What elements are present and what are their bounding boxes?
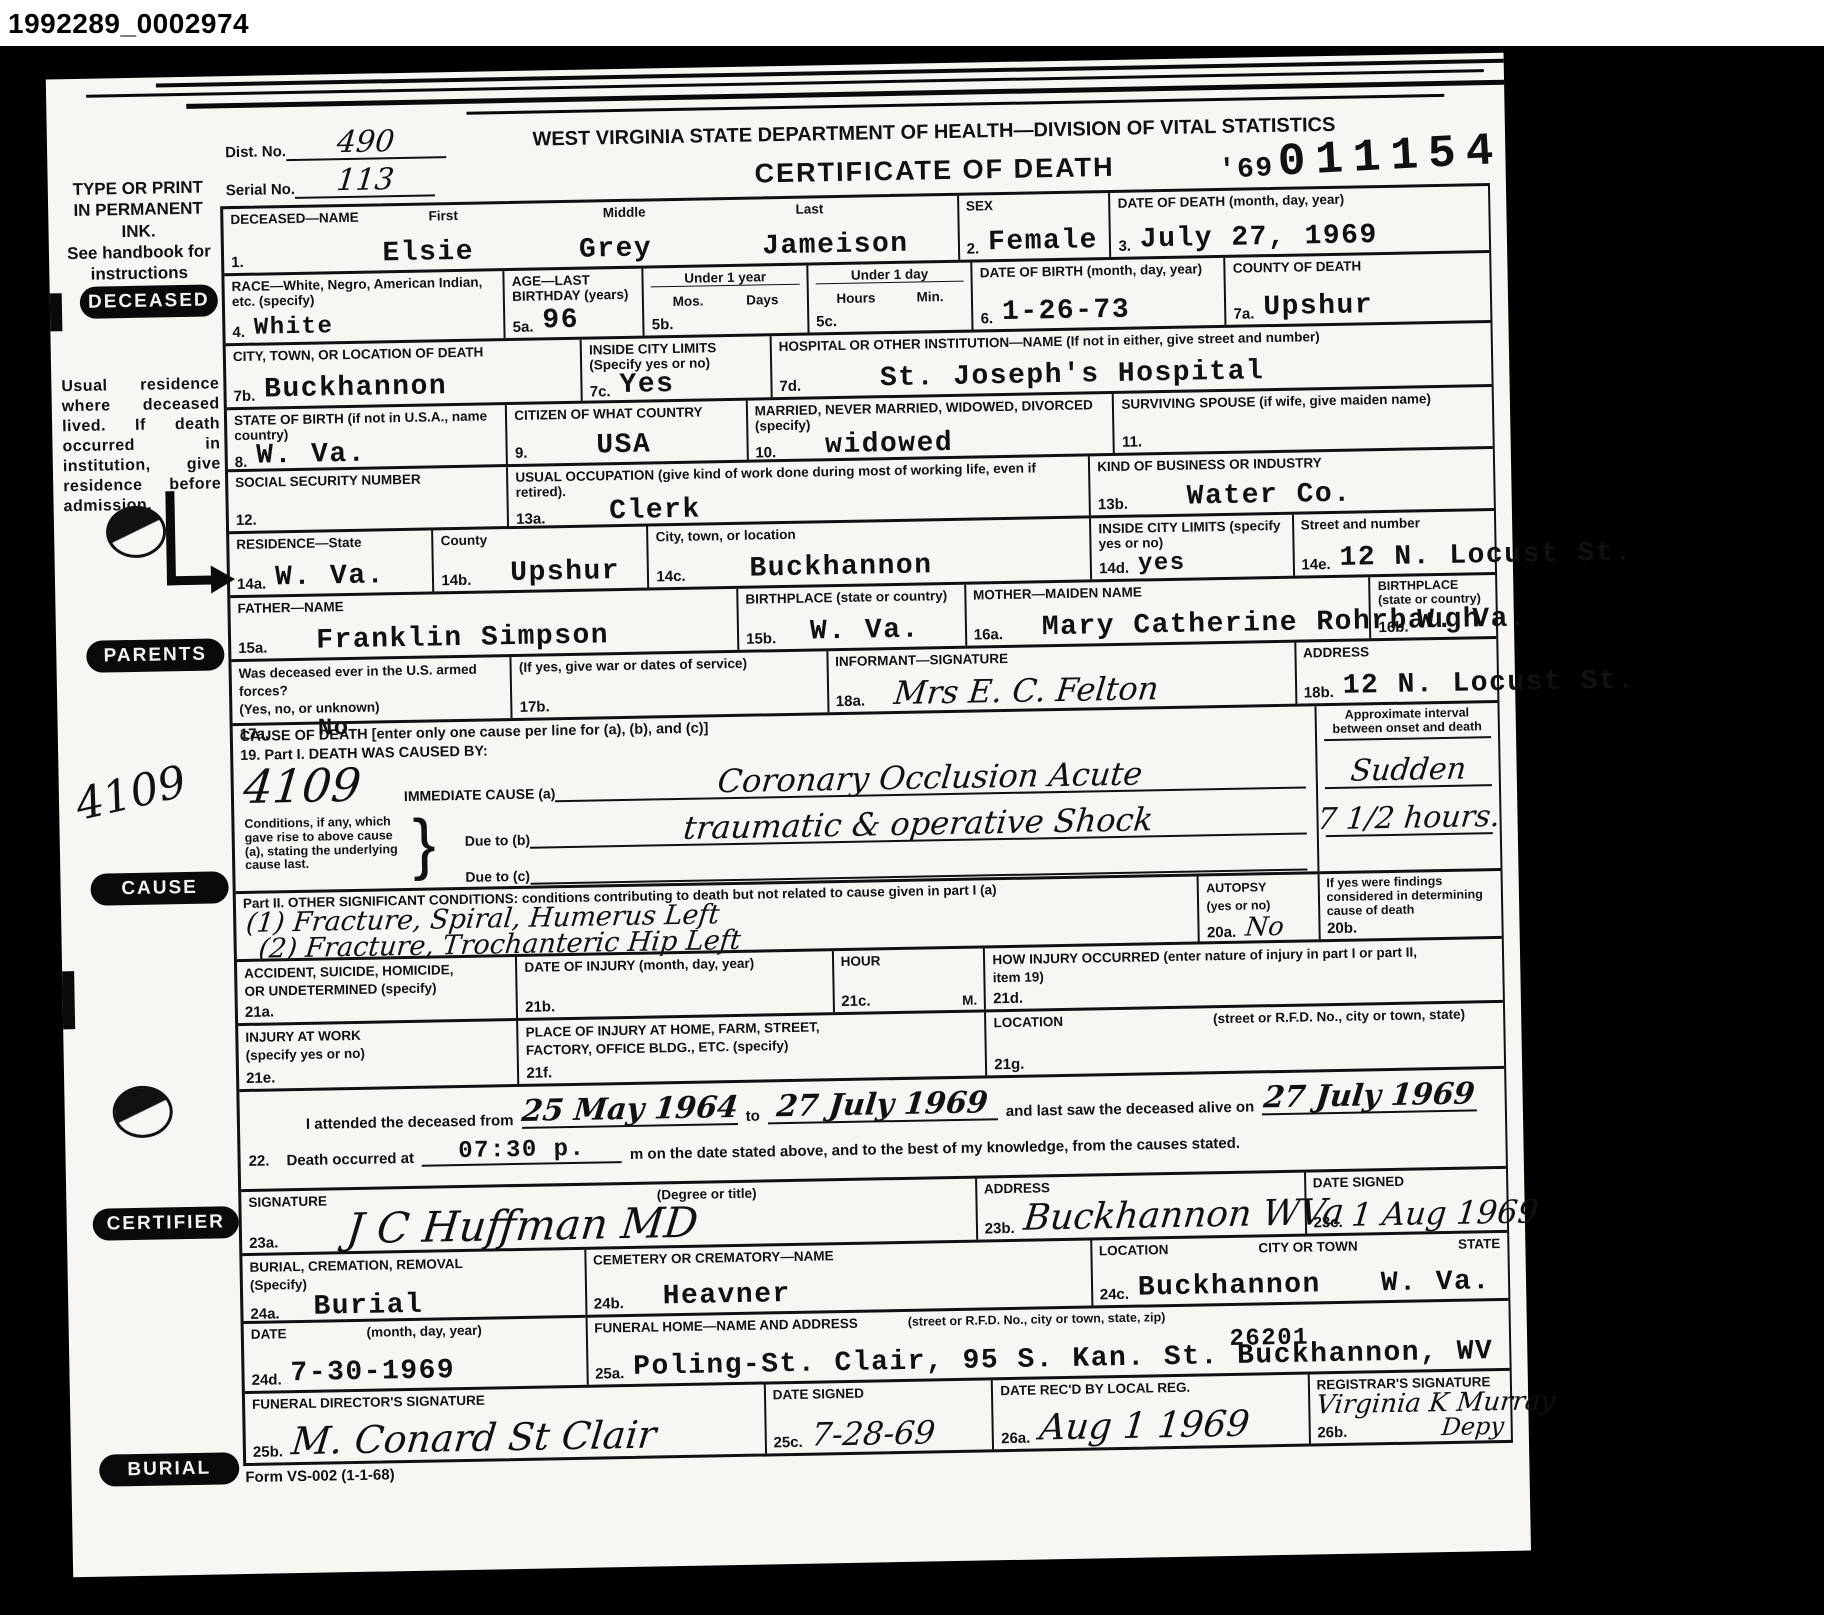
cemetery-state-value: W. Va. <box>1381 1268 1491 1298</box>
field-label: RACE—White, Negro, American Indian, etc.… <box>231 274 496 309</box>
field-armed-forces: Was deceased ever in the U.S. armed forc… <box>231 657 510 723</box>
field-marital-status: MARRIED, NEVER MARRIED, WIDOWED, DIVORCE… <box>745 394 1113 460</box>
field-citizen: CITIZEN OF WHAT COUNTRY 9.USA <box>505 401 746 464</box>
middle-name-value: Grey <box>579 235 653 264</box>
funeral-home-zip: 26201 <box>1229 1327 1309 1352</box>
field-label: City, town, or location <box>656 522 1083 545</box>
middle-header: Middle <box>603 205 646 221</box>
certifier-signature-value: J C Huffman MD <box>345 1202 700 1251</box>
section-pill-deceased: DECEASED <box>80 284 219 319</box>
field-number: 14e. <box>1301 556 1331 574</box>
field-number: 21a. <box>245 1003 275 1021</box>
field-father-name: FATHER—NAME 15a.Franklin Simpson <box>230 589 737 659</box>
certifier-address-value: Buckhannon WVa <box>1022 1195 1346 1237</box>
marital-value: widowed <box>825 430 954 460</box>
attended-to-value: 27 July 1969 <box>776 1088 990 1122</box>
field-label: AGE—LAST BIRTHDAY (years) <box>512 272 636 304</box>
field-race: RACE—White, Negro, American Indian, etc.… <box>224 271 503 343</box>
father-birthplace-value: W. Va. <box>810 617 920 647</box>
field-date-of-birth: DATE OF BIRTH (month, day, year) 6.1-26-… <box>971 258 1225 330</box>
form-grid: DECEASED—NAME First Middle Last 1. Elsie… <box>220 183 1513 1466</box>
field-occupation: USUAL OCCUPATION (give kind of work done… <box>506 456 1089 526</box>
field-number: 14d. <box>1099 560 1129 578</box>
age-value: 96 <box>542 307 579 336</box>
field-number: 26b. <box>1317 1424 1347 1442</box>
field-number: 24b. <box>594 1295 624 1313</box>
field-ssn: SOCIAL SECURITY NUMBER 12. <box>228 467 507 531</box>
minutes-header: Min. <box>916 289 943 305</box>
date-signed-value: 1 Aug 1969 <box>1350 1195 1540 1230</box>
field-number: 18a. <box>836 693 866 711</box>
state-label: STATE <box>1458 1236 1501 1252</box>
serial-no-label: Serial No. <box>226 182 295 200</box>
field-label: ADDRESS <box>1303 642 1490 661</box>
field-number: 5b. <box>652 316 674 333</box>
field-under-1-year: Under 1 year Mos.Days 5b. <box>642 266 808 336</box>
field-label: FUNERAL DIRECTOR'S SIGNATURE <box>252 1388 757 1412</box>
field-label: HOUR <box>840 952 976 970</box>
death-time-value: 07:30 p. <box>458 1138 586 1164</box>
field-label: COUNTY OF DEATH <box>1233 256 1483 276</box>
field-sublabel: (specify yes or no) <box>246 1046 366 1063</box>
field-label: CITIZEN OF WHAT COUNTRY <box>514 404 739 423</box>
field-label: MOTHER—MAIDEN NAME <box>973 580 1362 602</box>
first-name-value: Elsie <box>382 239 474 269</box>
immediate-cause-value: Coronary Occlusion Acute <box>716 757 1144 797</box>
city-of-death-value: Buckhannon <box>264 373 448 404</box>
field-number: 17b. <box>519 698 549 716</box>
scanned-death-certificate: 1992289_0002974 TYPE OR PRINT IN PERMANE… <box>0 0 1824 1615</box>
field-label: Under 1 year <box>651 269 800 288</box>
field-registrar-signature: REGISTRAR'S SIGNATURE Virginia K Murray … <box>1307 1371 1511 1444</box>
field-number: 23a. <box>249 1235 279 1253</box>
date-received-value: Aug 1 1969 <box>1037 1407 1250 1447</box>
date-of-death-value: July 27, 1969 <box>1140 222 1378 254</box>
hospital-value: St. Joseph's Hospital <box>880 358 1265 393</box>
field-label: DATE OF BIRTH (month, day, year) <box>980 261 1217 280</box>
informant-address-value: 12 N. Locust St. <box>1342 667 1635 700</box>
field-label: INSIDE CITY LIMITS (Specify yes or no) <box>589 339 763 372</box>
field-number: 24a. <box>250 1305 280 1323</box>
director-signature-value: M. Conard St Clair <box>290 1415 658 1460</box>
due-to-b-label: Due to (b) <box>465 833 531 850</box>
field-place-of-injury: PLACE OF INJURY AT HOME, FARM, STREET, F… <box>516 1012 985 1084</box>
field-onset-interval: Approximate interval between onset and d… <box>1314 703 1500 871</box>
cemetery-value: Heavner <box>662 1281 791 1311</box>
field-number: 4. <box>232 324 245 341</box>
field-number: 25c. <box>773 1434 803 1452</box>
field-autopsy: AUTOPSY (yes or no) 20a.No <box>1197 874 1318 941</box>
field-industry: KIND OF BUSINESS OR INDUSTRY 13b.Water C… <box>1088 449 1494 515</box>
field-residence-county: County 14b.Upshur <box>431 527 647 592</box>
punch-hole-icon <box>106 505 167 558</box>
field-deceased-name: DECEASED—NAME First Middle Last 1. Elsie… <box>223 196 958 273</box>
section-pill-cause: CAUSE <box>90 871 229 906</box>
ink-instructions: TYPE OR PRINT IN PERMANENT INK. See hand… <box>62 176 216 285</box>
field-number: 13a. <box>516 511 546 529</box>
field-sublabel: OR UNDETERMINED (specify) <box>244 980 436 999</box>
burial-date-value: 7-30-1969 <box>290 1357 455 1388</box>
field-label: STATE OF BIRTH (if not in U.S.A., name c… <box>234 408 499 443</box>
field-label: LOCATION <box>1099 1242 1169 1258</box>
field-label: RESIDENCE—State <box>236 534 425 553</box>
field-number: 21f. <box>526 1064 552 1081</box>
field-number: 24c. <box>1100 1286 1130 1304</box>
sex-value: Female <box>988 227 1098 257</box>
arrow-icon <box>167 575 213 585</box>
field-number: 21e. <box>246 1069 276 1087</box>
field-label: PLACE OF INJURY AT HOME, FARM, STREET, <box>525 1019 819 1039</box>
field-label: SIGNATURE <box>248 1194 327 1211</box>
field-sex: SEX 2.Female <box>957 193 1110 260</box>
field-burial-date: DATE (month, day, year) 24d.7-30-1969 <box>244 1318 587 1391</box>
field-label: DATE SIGNED <box>1313 1172 1500 1191</box>
field-cemetery-location: LOCATION CITY OR TOWN STATE 24c.Buckhann… <box>1090 1233 1509 1306</box>
field-number: 23b. <box>985 1220 1015 1238</box>
brace-glyph: } <box>412 804 436 882</box>
registrar-signature-value: Virginia K Murray <box>1315 1388 1557 1418</box>
scan-mark <box>50 293 63 331</box>
field-how-injury: HOW INJURY OCCURRED (enter nature of inj… <box>983 939 1503 1009</box>
field-certifier-address: ADDRESS 23b.Buckhannon WVa <box>975 1173 1305 1240</box>
field-number: 21g. <box>994 1056 1024 1074</box>
field-number: 14b. <box>441 572 471 590</box>
residence-state-value: W. Va. <box>275 562 385 592</box>
burial-type-value: Burial <box>313 1292 423 1322</box>
field-number: 25b. <box>253 1443 283 1461</box>
field-label: AUTOPSY <box>1206 880 1266 895</box>
stamp-digits: 011154 <box>1277 125 1505 189</box>
cemetery-city-value: Buckhannon <box>1138 1271 1322 1302</box>
street-number-value: 12 N. Locust St. <box>1339 539 1632 572</box>
field-date-of-death: DATE OF DEATH (month, day, year) 3.July … <box>1109 186 1490 257</box>
section-pill-burial: BURIAL <box>99 1452 240 1487</box>
residence-note: Usual residence where deceased lived. If… <box>61 374 222 517</box>
field-label: (If yes, give war or dates of service) <box>519 654 819 675</box>
field-number: 8. <box>235 454 248 471</box>
residence-limits-value: yes <box>1138 552 1186 577</box>
field-number: 25a. <box>595 1365 625 1383</box>
scan-mark <box>62 971 75 1029</box>
section-pill-parents: PARENTS <box>86 638 225 673</box>
field-number: 7b. <box>233 388 255 405</box>
field-number: 9. <box>515 445 528 462</box>
immediate-cause-label: IMMEDIATE CAUSE (a) <box>404 787 556 805</box>
death-occurred-post-text: m on the date stated above, and to the b… <box>630 1135 1240 1163</box>
field-sublabel: (street or R.F.D. No., city or town, sta… <box>1213 1007 1465 1027</box>
certificate-sheet: TYPE OR PRINT IN PERMANENT INK. See hand… <box>46 53 1531 1577</box>
field-label: SOCIAL SECURITY NUMBER <box>235 470 500 490</box>
field-manner: ACCIDENT, SUICIDE, HOMICIDE, OR UNDETERM… <box>237 957 516 1023</box>
field-sublabel: (Yes, no, or unknown) <box>239 699 380 717</box>
residence-city-value: Buckhannon <box>749 552 933 583</box>
field-label: CITY, TOWN, OR LOCATION OF DEATH <box>233 343 573 364</box>
field-number: 6. <box>980 310 993 327</box>
field-number: 20b. <box>1327 920 1357 938</box>
field-number: 1. <box>231 254 244 271</box>
field-number: 10. <box>755 444 776 461</box>
field-label: ACCIDENT, SUICIDE, HOMICIDE, <box>244 962 454 981</box>
state-of-birth-value: W. Va. <box>256 441 366 471</box>
field-street-number: Street and number 14e.12 N. Locust St. <box>1292 511 1495 576</box>
field-label: BIRTHPLACE (state or country) <box>1378 578 1489 608</box>
field-injury-at-work: INJURY AT WORK (specify yes or no) 21e. <box>238 1021 517 1089</box>
ink-instructions-line2: See handbook for instructions <box>67 241 211 283</box>
field-label: DATE SIGNED <box>772 1383 984 1402</box>
field-number: 14c. <box>656 568 686 586</box>
field-label: INFORMANT—SIGNATURE <box>835 646 1287 669</box>
field-number: 12. <box>236 512 257 529</box>
field-residence-limits: INSIDE CITY LIMITS (specify yes or no) 1… <box>1089 515 1292 580</box>
field-under-1-day: Under 1 day HoursMin. 5c. <box>806 263 972 333</box>
limits-value: Yes <box>619 371 674 400</box>
field-label: DECEASED—NAME <box>230 210 359 227</box>
field-mother-name: MOTHER—MAIDEN NAME 16a.Mary Catherine Ro… <box>964 577 1370 645</box>
field-number: 7c. <box>590 383 611 400</box>
field-injury-location: LOCATION (street or R.F.D. No., city or … <box>984 1003 1504 1075</box>
arrow-icon <box>165 491 176 585</box>
field-sublabel: (month, day, year) <box>366 1323 482 1340</box>
field-label: BURIAL, CREMATION, REMOVAL <box>249 1256 462 1275</box>
mother-birthplace-value: W. Va. <box>1417 605 1527 635</box>
field-cause-of-death: CAUSE OF DEATH [enter only one cause per… <box>233 706 1317 891</box>
field-number: 20a. <box>1207 924 1237 942</box>
field-surviving-spouse: SURVIVING SPOUSE (if wife, give maiden n… <box>1112 387 1493 453</box>
serial-no-value: 113 <box>335 165 395 196</box>
field-number: 7a. <box>1233 305 1254 322</box>
attended-pre-text: I attended the deceased from <box>306 1112 514 1133</box>
field-label: Was deceased ever in the U.S. armed forc… <box>239 662 477 699</box>
field-autopsy-findings: If yes were findings considered in deter… <box>1317 871 1502 939</box>
field-label: SEX <box>966 196 1102 214</box>
field-informant-address: ADDRESS 18b.12 N. Locust St. <box>1294 639 1497 704</box>
days-header: Days <box>746 292 779 308</box>
scan-header-strip: 1992289_0002974 <box>0 0 1824 46</box>
field-inside-city-limits: INSIDE CITY LIMITS (Specify yes or no) 7… <box>580 336 771 400</box>
scan-id: 1992289_0002974 <box>8 8 249 40</box>
field-label: Street and number <box>1301 514 1488 533</box>
stamp-year: '69 <box>1218 153 1274 187</box>
field-sublabel: (street or R.F.D. No., city or town, sta… <box>908 1312 1166 1330</box>
punch-hole-icon <box>112 1085 173 1138</box>
field-label: DATE OF DEATH (month, day, year) <box>1118 189 1482 211</box>
field-date-received: DATE REC'D BY LOCAL REG. 26a.Aug 1 1969 <box>991 1375 1308 1450</box>
field-label: KIND OF BUSINESS OR INDUSTRY <box>1097 452 1486 474</box>
field-label: INJURY AT WORK <box>245 1028 361 1045</box>
field-residence-city: City, town, or location 14c.Buckhannon <box>647 518 1091 587</box>
father-name-value: Franklin Simpson <box>316 622 609 655</box>
field-cemetery: CEMETERY OR CREMATORY—NAME 24b.Heavner <box>584 1241 1091 1315</box>
attended-from-value: 25 May 1964 <box>520 1093 739 1127</box>
field-label: FUNERAL HOME—NAME AND ADDRESS <box>594 1316 858 1336</box>
field-number: 3. <box>1118 238 1131 255</box>
field-label: Under 1 day <box>815 266 964 285</box>
field-sublabel: item 19) <box>993 969 1044 985</box>
interval-b-value: 7 1/2 hours. <box>1316 801 1502 834</box>
field-number: 15a. <box>238 640 268 658</box>
registrar-deputy-value: Depy <box>1440 1414 1505 1439</box>
field-number: 16a. <box>974 626 1004 644</box>
hours-header: Hours <box>836 290 875 306</box>
dist-no-value: 490 <box>336 127 396 158</box>
field-label: If yes were findings considered in deter… <box>1326 874 1494 918</box>
field-number: 26a. <box>1001 1430 1031 1448</box>
field-number: 13b. <box>1098 496 1128 514</box>
due-to-c-label: Due to (c) <box>465 869 530 886</box>
field-burial-type: BURIAL, CREMATION, REMOVAL (Specify) 24a… <box>242 1250 585 1321</box>
field-number: 5a. <box>513 319 534 336</box>
field-sublabel: (Specify) <box>250 1277 307 1293</box>
informant-signature-value: Mrs E. C. Felton <box>892 672 1160 709</box>
field-number: 5c. <box>816 313 837 330</box>
field-residence-state: RESIDENCE—State 14a.W. Va. <box>229 530 432 595</box>
field-city-of-death: CITY, TOWN, OR LOCATION OF DEATH 7b.Buck… <box>226 340 581 407</box>
field-county-of-death: COUNTY OF DEATH 7a.Upshur <box>1224 253 1491 325</box>
field-state-of-birth: STATE OF BIRTH (if not in U.S.A., name c… <box>227 405 506 469</box>
field-label: DATE REC'D BY LOCAL REG. <box>1000 1378 1300 1399</box>
field-number: 7d. <box>779 378 801 395</box>
field-sublabel: FACTORY, OFFICE BLDG., ETC. (specify) <box>526 1038 789 1058</box>
field-injury-hour: HOUR 21c.M. <box>831 948 984 1012</box>
field-number: 18b. <box>1304 684 1334 702</box>
field-injury-date: DATE OF INJURY (month, day, year) 21b. <box>515 951 832 1018</box>
field-number: 11. <box>1122 433 1142 450</box>
field-number: 24d. <box>251 1371 281 1389</box>
field-informant-signature: INFORMANT—SIGNATURE 18a.Mrs E. C. Felton <box>826 643 1295 713</box>
attended-to-text: to <box>746 1108 760 1125</box>
field-number: 15b. <box>746 630 776 648</box>
field-label: County <box>441 530 640 549</box>
due-to-b-value: traumatic & operative Shock <box>682 803 1155 844</box>
cause-code: 4109 <box>241 762 363 810</box>
field-father-birthplace: BIRTHPLACE (state or country) 15b.W. Va. <box>736 585 965 650</box>
field-label: INSIDE CITY LIMITS (specify yes or no) <box>1098 518 1285 552</box>
certificate-form: Dist. No. 490 Serial No. 113 WEST VIRGIN… <box>219 107 1514 1487</box>
county-value: Upshur <box>1263 292 1373 322</box>
attended-post-text: and last saw the deceased alive on <box>1006 1099 1255 1121</box>
field-number: 22. <box>248 1153 269 1170</box>
field-label: BIRTHPLACE (state or country) <box>745 588 957 607</box>
field-number: 23c. <box>1313 1214 1343 1232</box>
meridiem-label: M. <box>962 992 977 1007</box>
field-label: LOCATION <box>993 1014 1063 1030</box>
last-header: Last <box>795 201 823 217</box>
field-label: FATHER—NAME <box>237 592 729 616</box>
interval-a-value: Sudden <box>1349 754 1467 786</box>
field-label: SURVIVING SPOUSE (if wife, give maiden n… <box>1121 390 1485 412</box>
industry-value: Water Co. <box>1187 481 1352 512</box>
race-value: White <box>254 315 334 340</box>
field-number: 21b. <box>525 998 555 1016</box>
city-or-town-label: CITY OR TOWN <box>1258 1239 1358 1256</box>
field-mother-birthplace: BIRTHPLACE (state or country) 16b.W. Va. <box>1369 575 1497 638</box>
field-number: 21d. <box>993 990 1023 1008</box>
field-label: DATE OF INJURY (month, day, year) <box>524 954 824 975</box>
residence-county-value: Upshur <box>510 558 620 588</box>
autopsy-value: No <box>1244 914 1285 941</box>
section-pill-certifier: CERTIFIER <box>92 1206 239 1241</box>
field-date-signed: DATE SIGNED 23c.1 Aug 1969 <box>1304 1169 1507 1234</box>
field-director-date-signed: DATE SIGNED 25c.7-28-69 <box>763 1380 992 1453</box>
field-war-service: (If yes, give war or dates of service) 1… <box>510 651 827 718</box>
dist-no-label: Dist. No. <box>225 144 286 162</box>
field-label: DATE <box>251 1326 287 1342</box>
field-number: 21c. <box>841 993 871 1011</box>
ink-instructions-line1: TYPE OR PRINT IN PERMANENT INK. <box>72 178 203 241</box>
field-number: 16b. <box>1378 619 1408 637</box>
field-director-signature: FUNERAL DIRECTOR'S SIGNATURE 25b.M. Cona… <box>245 1385 765 1463</box>
margin-code: 4109 <box>71 756 192 831</box>
conditions-note: Conditions, if any, which gave rise to a… <box>244 815 407 873</box>
first-header: First <box>428 208 458 224</box>
field-age: AGE—LAST BIRTHDAY (years) 5a.96 <box>503 269 643 339</box>
occupation-value: Clerk <box>609 497 701 527</box>
last-seen-alive-value: 27 July 1969 <box>1262 1079 1476 1113</box>
row-cause-of-death: CAUSE OF DEATH [enter only one cause per… <box>233 700 1501 891</box>
last-name-value: Jameison <box>762 231 909 262</box>
field-number: 2. <box>967 240 980 257</box>
death-occurred-pre-text: Death occurred at <box>286 1150 414 1169</box>
citizen-value: USA <box>596 431 651 460</box>
field-label: HOW INJURY OCCURRED (enter nature of inj… <box>992 944 1417 967</box>
months-header: Mos. <box>673 293 704 309</box>
field-sublabel: (yes or no) <box>1206 898 1270 913</box>
director-date-value: 7-28-69 <box>810 1416 937 1450</box>
date-of-birth-value: 1-26-73 <box>1002 297 1131 327</box>
field-number: 14a. <box>237 576 267 594</box>
